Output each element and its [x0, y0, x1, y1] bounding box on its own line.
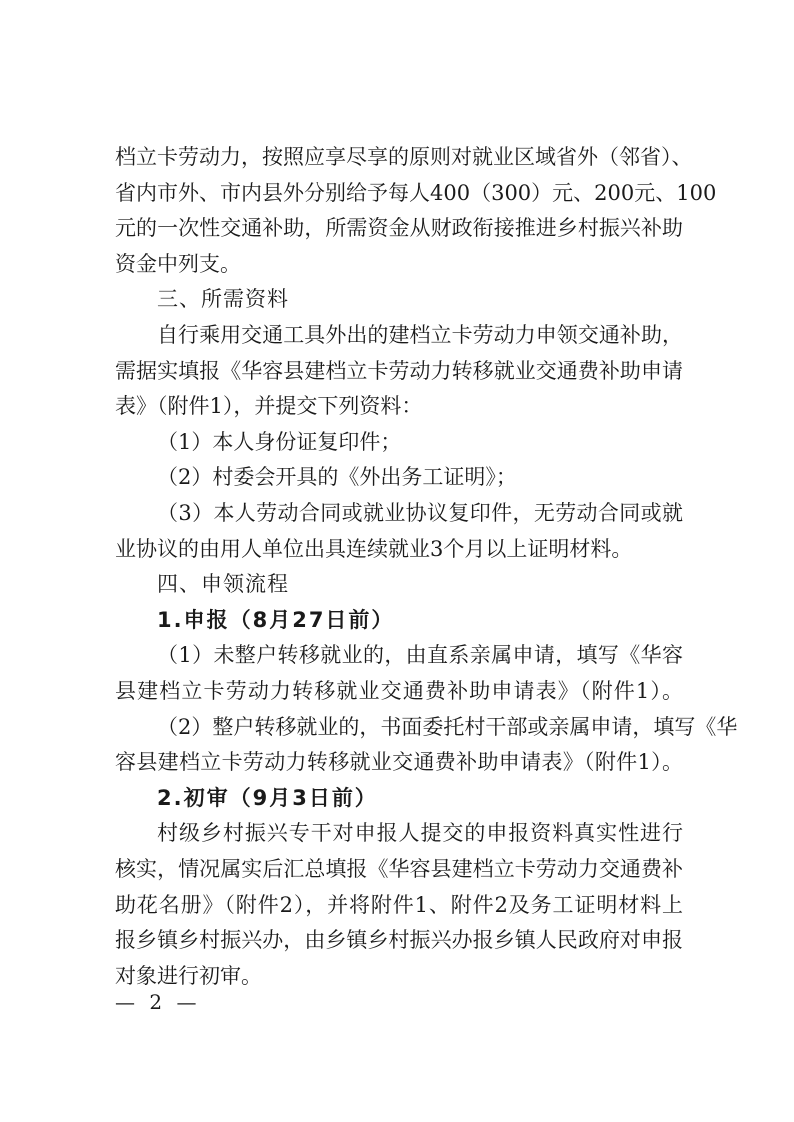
subsection-heading: 1.申报（8月27日前）: [115, 602, 683, 638]
paragraph-line: （1）本人身份证复印件；: [115, 424, 683, 460]
subsection-heading: 2.初审（9月3日前）: [115, 780, 683, 816]
paragraph-line: 自行乘用交通工具外出的建档立卡劳动力申领交通补助，: [115, 317, 683, 353]
paragraph-line: 元的一次性交通补助，所需资金从财政衔接推进乡村振兴补助: [115, 210, 683, 246]
paragraph-line: 资金中列支。: [115, 246, 683, 282]
section-heading: 四、申领流程: [115, 566, 683, 602]
paragraph-line: （1）未整户转移就业的，由直系亲属申请，填写《华容: [115, 637, 683, 673]
paragraph-line: 省内市外、市内县外分别给予每人400（300）元、200元、100: [115, 175, 683, 211]
paragraph-line: （2）村委会开具的《外出务工证明》；: [115, 459, 683, 495]
paragraph-line: （2）整户转移就业的，书面委托村干部或亲属申请，填写《华: [115, 709, 683, 745]
paragraph-line: 村级乡村振兴专干对申报人提交的申报资料真实性进行: [115, 815, 683, 851]
paragraph-line: 表》（附件1），并提交下列资料：: [115, 388, 683, 424]
paragraph-line: 核实，情况属实后汇总填报《华容县建档立卡劳动力交通费补: [115, 851, 683, 887]
page-number: — 2 —: [115, 986, 200, 1018]
paragraph-line: 容县建档立卡劳动力转移就业交通费补助申请表》（附件1）。: [115, 744, 683, 780]
paragraph-line: 需据实填报《华容县建档立卡劳动力转移就业交通费补助申请: [115, 353, 683, 389]
paragraph-line: 档立卡劳动力，按照应享尽享的原则对就业区域省外（邻省）、: [115, 139, 683, 175]
section-heading: 三、所需资料: [115, 281, 683, 317]
document-page: 档立卡劳动力，按照应享尽享的原则对就业区域省外（邻省）、省内市外、市内县外分别给…: [0, 0, 794, 1122]
paragraph-line: 业协议的由用人单位出具连续就业3个月以上证明材料。: [115, 531, 683, 567]
paragraph-line: 县建档立卡劳动力转移就业交通费补助申请表》（附件1）。: [115, 673, 683, 709]
paragraph-line: （3）本人劳动合同或就业协议复印件，无劳动合同或就: [115, 495, 683, 531]
paragraph-line: 报乡镇乡村振兴办，由乡镇乡村振兴办报乡镇人民政府对申报: [115, 922, 683, 958]
paragraph-line: 助花名册》（附件2），并将附件1、附件2及务工证明材料上: [115, 887, 683, 923]
